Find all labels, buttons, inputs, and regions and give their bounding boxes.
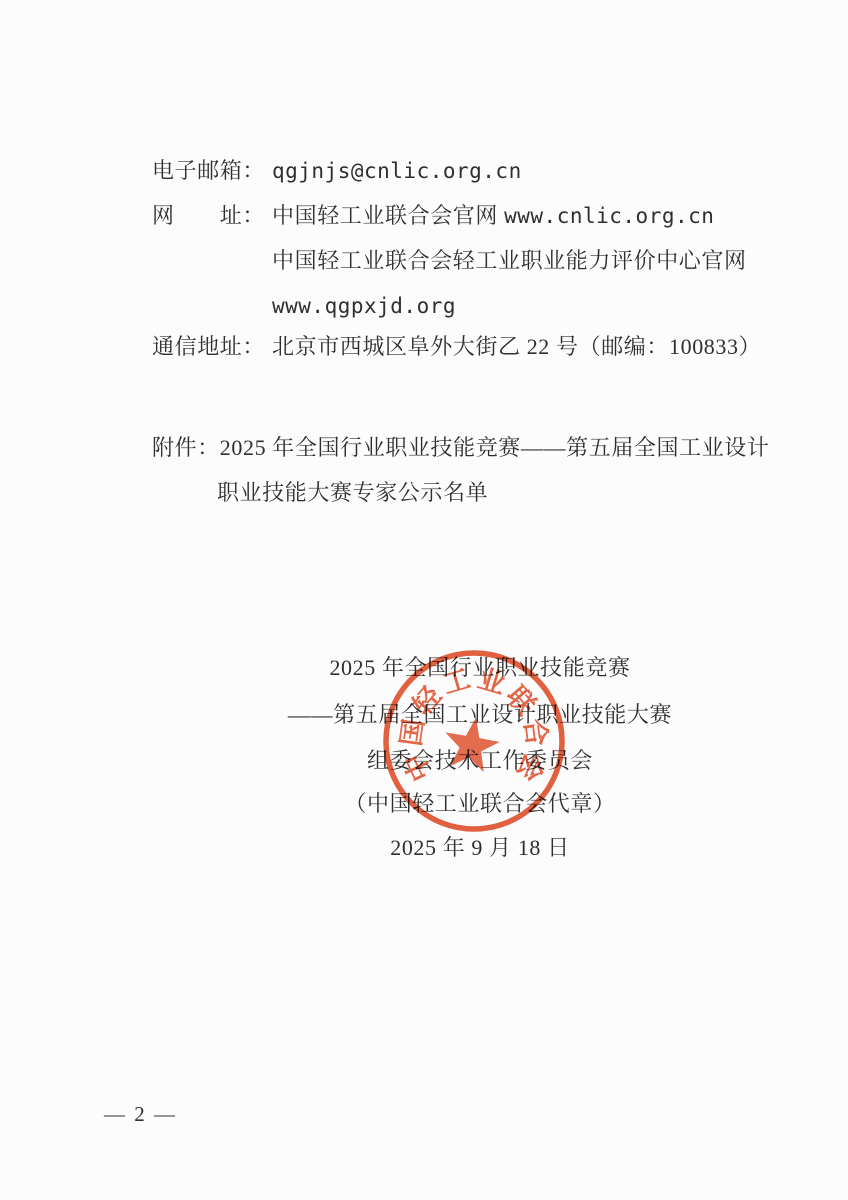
website-site1-url: www.cnlic.org.cn <box>504 204 714 228</box>
website-site2-url: www.qgpxjd.org <box>272 294 456 318</box>
page-number: — 2 — <box>104 1102 177 1127</box>
email-value: qgjnjs@cnlic.org.cn <box>272 159 522 183</box>
website-line-3: www.qgpxjd.org <box>272 292 456 320</box>
address-line: 通信地址：北京市西城区阜外大街乙 22 号（邮编：100833） <box>152 333 761 361</box>
address-value: 北京市西城区阜外大街乙 22 号（邮编：100833） <box>272 334 761 359</box>
website-label: 网 址： <box>152 202 272 230</box>
attachment-line-2: 职业技能大赛专家公示名单 <box>217 479 488 507</box>
website-line-1: 网 址：中国轻工业联合会官网 www.cnlic.org.cn <box>152 202 714 230</box>
signature-line-4: （中国轻工业联合会代章） <box>240 790 720 818</box>
signature-line-2: ——第五届全国工业设计职业技能大赛 <box>240 701 720 729</box>
document-page: 电子邮箱：qgjnjs@cnlic.org.cn 网 址：中国轻工业联合会官网 … <box>0 0 848 1200</box>
attachment-line-1: 附件：2025 年全国行业职业技能竞赛——第五届全国工业设计 <box>152 434 770 462</box>
signature-date: 2025 年 9 月 18 日 <box>240 834 720 862</box>
website-line-2: 中国轻工业联合会轻工业职业能力评价中心官网 <box>272 247 747 275</box>
address-label: 通信地址： <box>152 333 272 361</box>
website-site2-name: 中国轻工业联合会轻工业职业能力评价中心官网 <box>272 248 747 273</box>
signature-line-1: 2025 年全国行业职业技能竞赛 <box>240 654 720 682</box>
email-line: 电子邮箱：qgjnjs@cnlic.org.cn <box>152 157 522 185</box>
website-site1-name: 中国轻工业联合会官网 <box>272 203 498 228</box>
email-label: 电子邮箱： <box>152 157 272 185</box>
signature-line-3: 组委会技术工作委员会 <box>240 747 720 775</box>
official-seal: 中国轻工业联合会 <box>343 610 605 872</box>
